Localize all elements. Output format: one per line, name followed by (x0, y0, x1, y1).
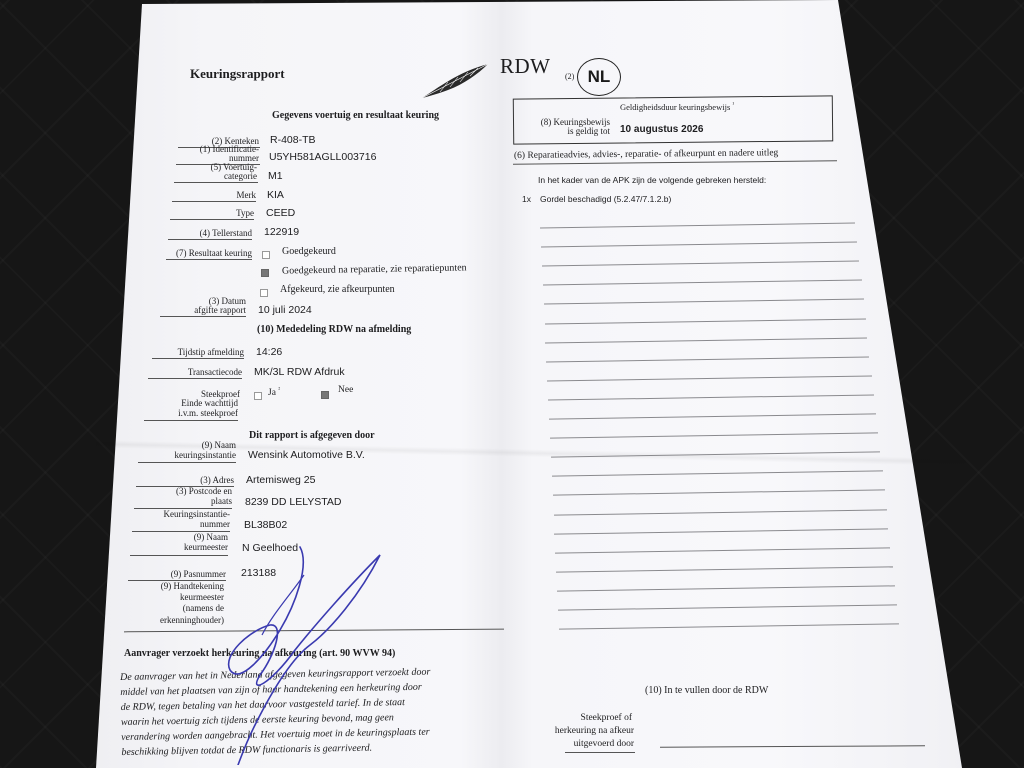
keuringsinstantie-label-2: keuringsinstantie (140, 451, 236, 460)
section-issuer-title: Dit rapport is afgegeven door (249, 430, 375, 441)
voertuigcategorie-value: M1 (268, 170, 283, 182)
document-title: Keuringsrapport (190, 66, 285, 82)
rdw-footnote: (2) (565, 72, 574, 81)
adres-label: (3) Adres (138, 476, 234, 485)
resultaat-option-goedgekeurd: Goedgekeurd (282, 246, 336, 257)
underline (166, 259, 252, 260)
herkeuring-text: De aanvrager van het in Nederland afgege… (120, 665, 432, 760)
type-label: Type (170, 209, 254, 218)
underline (174, 182, 258, 183)
postcode-value: 8239 DD LELYSTAD (245, 496, 342, 508)
transactiecode-value: MK/3L RDW Afdruk (254, 366, 345, 378)
validity-value: 10 augustus 2026 (620, 124, 703, 135)
rdw-fill-label-3: uitgevoerd door (540, 740, 634, 749)
handtekening-label-2: keurmeester (126, 593, 224, 602)
advice-item-text: Gordel beschadigd (5.2.47/7.1.2.b) (540, 194, 671, 204)
transactiecode-label: Transactiecode (146, 368, 242, 377)
resultaat-option-goedgekeurd-checkbox[interactable] (262, 251, 270, 259)
keurmeester-label-2: keurmeester (132, 543, 228, 552)
kenteken-value: R-408-TB (270, 134, 316, 146)
datum-label-2: afgifte rapport (160, 306, 246, 315)
resultaat-option-afgekeurd: Afgekeurd, zie afkeurpunten (280, 284, 395, 295)
type-value: CEED (266, 207, 295, 219)
instantienummer-label-2: nummer (134, 520, 230, 529)
resultaat-option-afgekeurd-checkbox[interactable] (260, 289, 268, 297)
rdw-fill-label-2: herkeuring na afkeur (530, 727, 634, 736)
underline (172, 201, 256, 202)
underline (130, 555, 228, 556)
keurmeester-value: N Geelhoed (242, 542, 298, 554)
underline (168, 239, 252, 240)
advice-intro: In het kader van de APK zijn de volgende… (538, 175, 766, 185)
handtekening-label-3: (namens de (126, 604, 224, 613)
keuringsinstantie-label-1: (9) Naam (140, 441, 236, 450)
merk-value: KIA (267, 189, 284, 201)
resultaat-option-reparatie-checkbox[interactable] (261, 269, 269, 277)
instantienummer-label-1: Keuringsinstantie- (134, 510, 230, 519)
underline (138, 462, 236, 463)
underline (152, 358, 244, 359)
wachttijd-label-2: i.v.m. steekproef (144, 409, 238, 418)
keurmeester-label-1: (9) Naam (132, 533, 228, 542)
herkeuring-title: Aanvrager verzoekt herkeuring na afkeuri… (124, 648, 395, 659)
underline (144, 420, 238, 421)
wachttijd-label-1: Einde wachttijd (144, 399, 238, 408)
keuringsinstantie-value: Wensink Automotive B.V. (248, 449, 365, 461)
rdw-brand: RDW (500, 54, 551, 79)
section-afmelding-title: (10) Mededeling RDW na afmelding (257, 324, 411, 335)
steekproef-ja-label: Ja ² (268, 387, 280, 398)
identificatie-value: U5YH581AGLL003716 (269, 151, 376, 163)
instantienummer-value: BL38B02 (244, 519, 287, 531)
datum-value: 10 juli 2024 (258, 304, 312, 316)
steekproef-nee-checkbox[interactable] (321, 391, 329, 399)
underline (565, 752, 635, 753)
country-code-badge: NL (577, 58, 621, 96)
tijdstip-value: 14:26 (256, 346, 282, 358)
handtekening-label-4: erkenninghouder) (126, 616, 224, 625)
underline (160, 316, 246, 317)
rdw-fill-label-1: Steekproef of (540, 714, 632, 723)
handtekening-label-1: (9) Handtekening (126, 582, 224, 591)
pasnummer-label: (9) Pasnummer (128, 570, 226, 579)
feather-logo-icon (418, 58, 493, 102)
validity-title: Geldigheidsduur keuringsbewijs ¹ (620, 102, 734, 112)
postcode-label-2: plaats (136, 497, 232, 506)
rdw-fill-title: (10) In te vullen door de RDW (645, 685, 768, 696)
steekproef-ja-checkbox[interactable] (254, 392, 262, 400)
advice-item-qty: 1x (522, 194, 531, 204)
tijdstip-label: Tijdstip afmelding (150, 348, 244, 357)
section-vehicle-title: Gegevens voertuig en resultaat keuring (272, 110, 439, 121)
tellerstand-value: 122919 (264, 226, 299, 238)
resultaat-label: (7) Resultaat keuring (160, 249, 252, 258)
adres-value: Artemisweg 25 (246, 474, 315, 486)
merk-label: Merk (172, 191, 256, 200)
postcode-label-1: (3) Postcode en (136, 487, 232, 496)
steekproef-nee-label: Nee (338, 385, 353, 395)
underline (148, 378, 242, 379)
underline (170, 219, 254, 220)
tellerstand-label: (4) Tellerstand (168, 229, 252, 238)
pasnummer-value: 213188 (241, 567, 276, 579)
voertuigcategorie-label-2: categorie (173, 172, 257, 181)
validity-label-2: is geldig tot (528, 127, 610, 136)
